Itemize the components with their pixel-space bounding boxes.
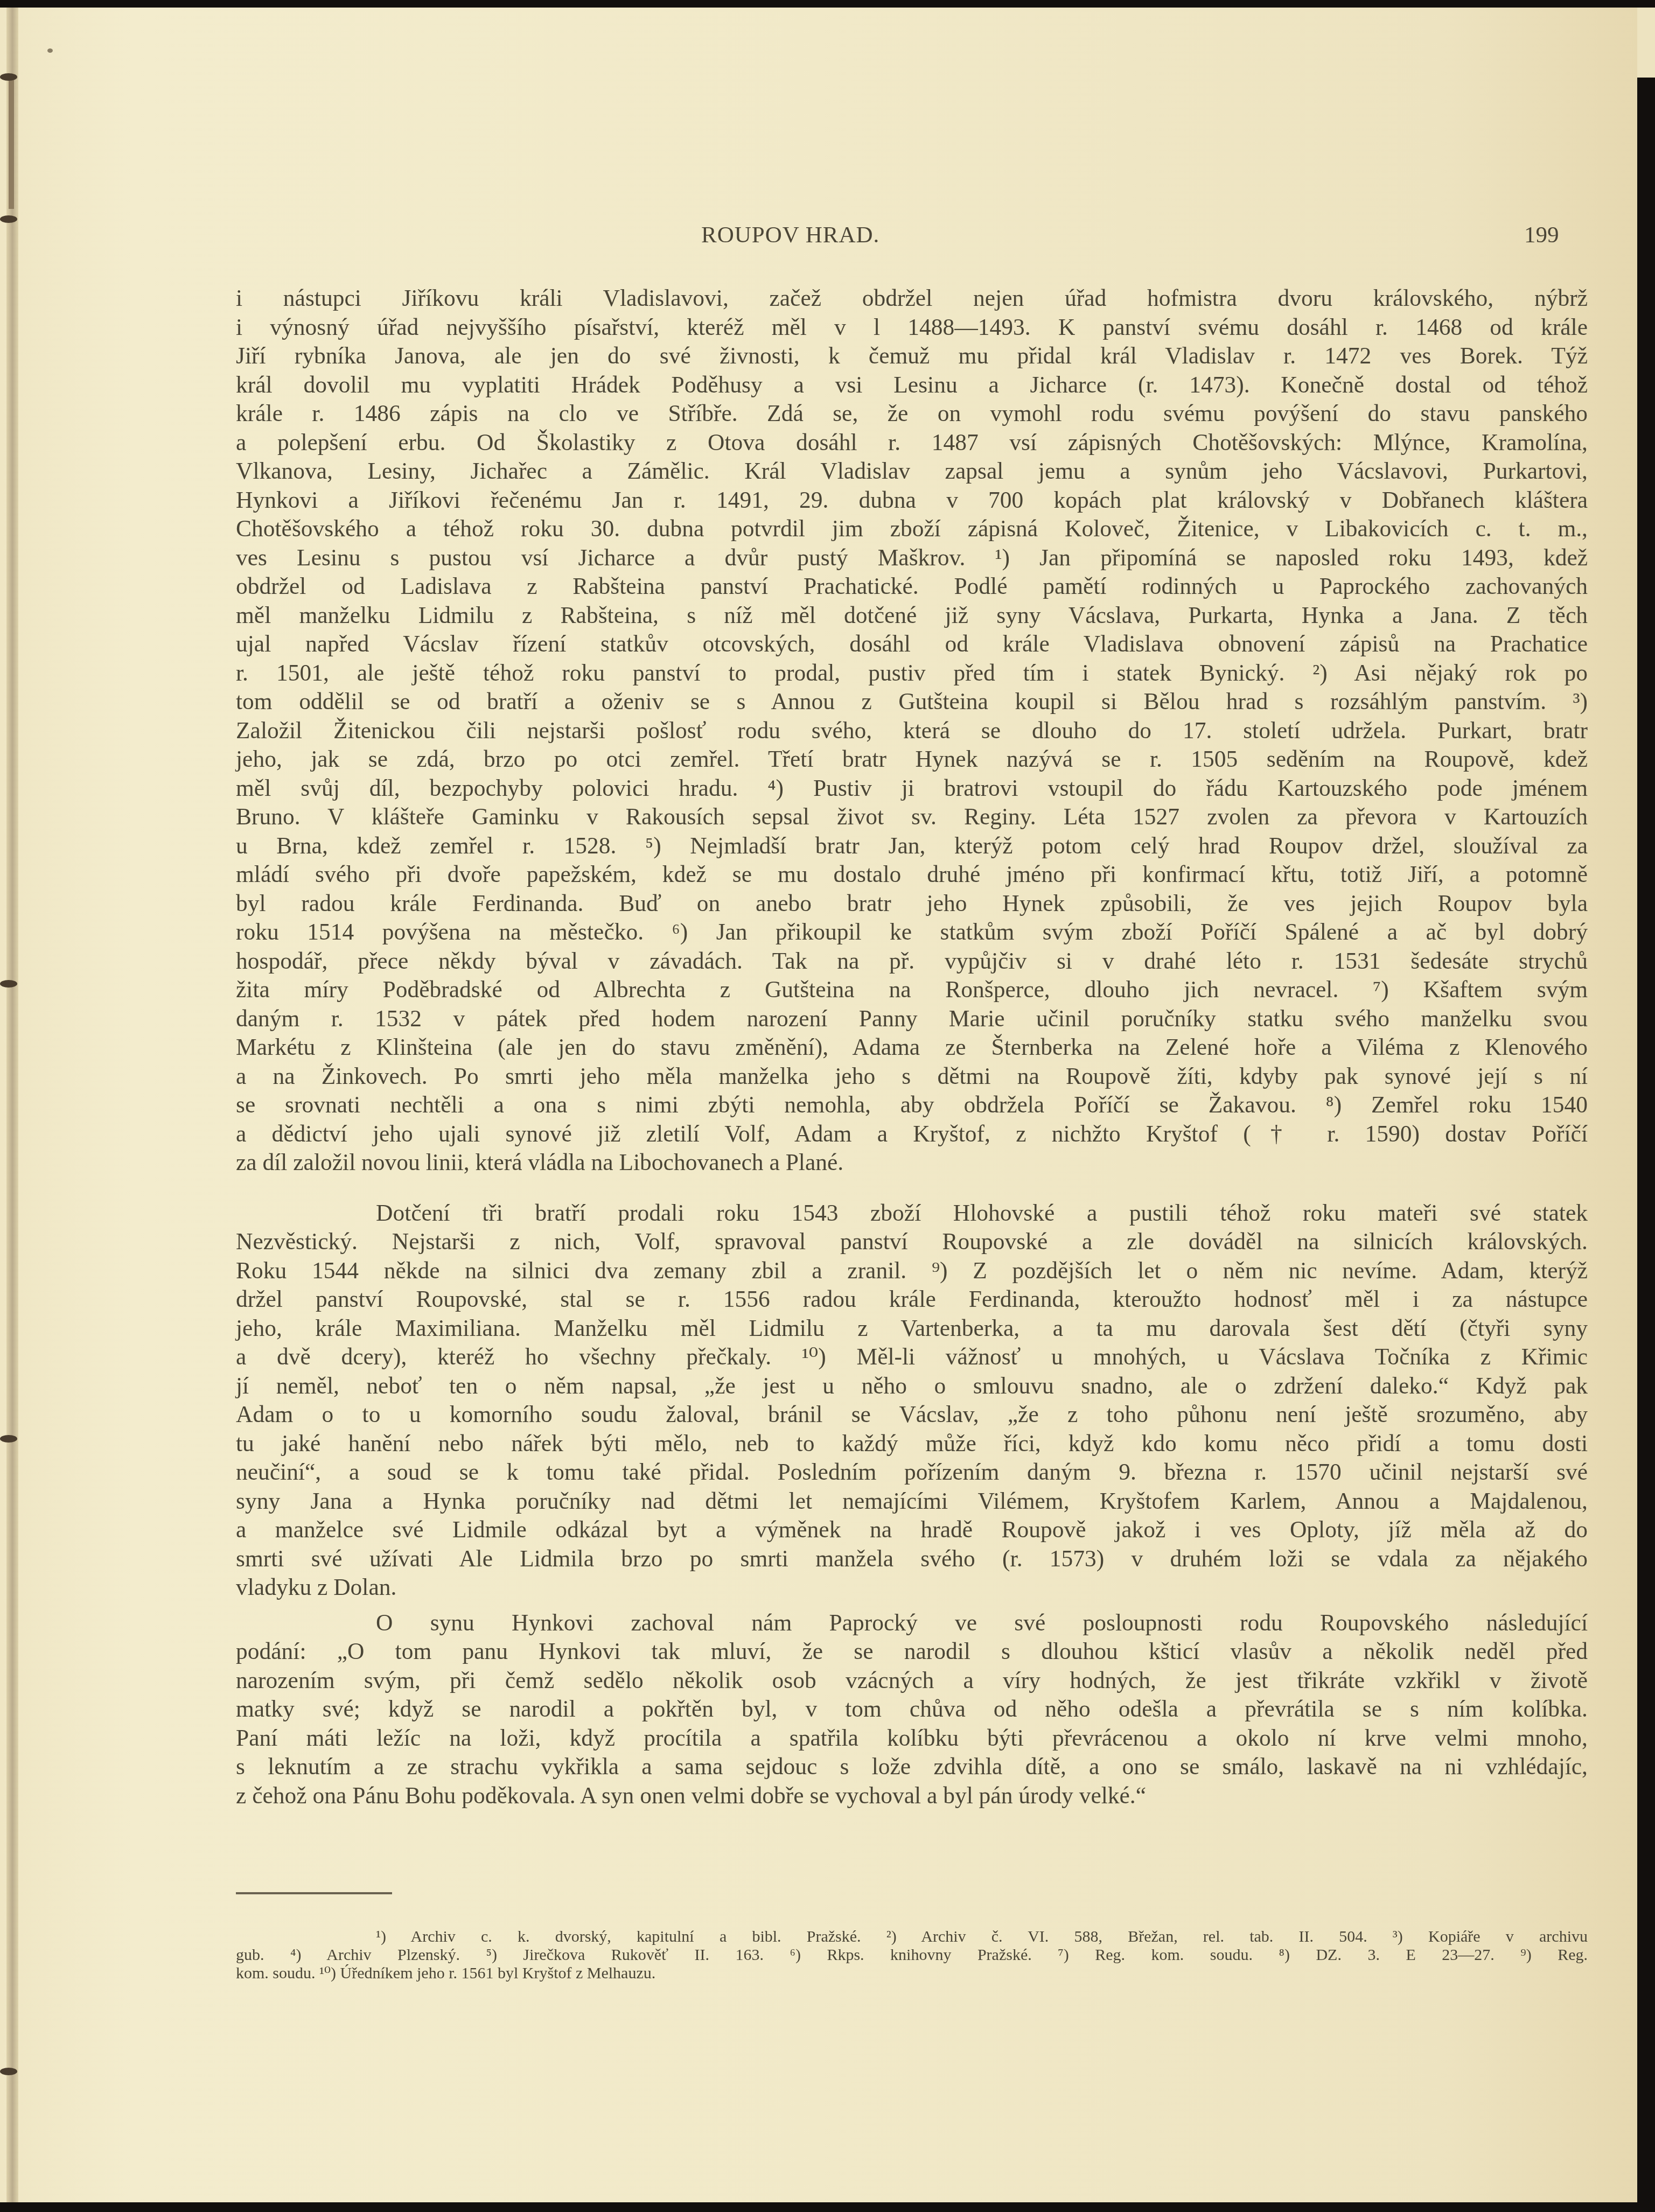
text-line: jí neměl, neboť ten o něm napsal, „že je… (236, 1372, 1588, 1401)
paragraph-start-line: O synu Hynkovi zachoval nám Paprocký ve … (236, 1609, 1588, 1638)
text-line: Vlkanova, Lesiny, Jichařec a Zámělic. Kr… (236, 457, 1588, 486)
text-line: Bruno. V klášteře Gaminku v Rakousích se… (236, 803, 1588, 832)
text-line: a polepšení erbu. Od Školastiky z Otova … (236, 429, 1588, 458)
footnote-line: kom. soudu. ¹⁰) Úředníkem jeho r. 1561 b… (236, 1964, 1588, 1983)
text-line: narozením svým, při čemž sedělo několik … (236, 1667, 1588, 1696)
text-line: daným r. 1532 v pátek před hodem narozen… (236, 1005, 1588, 1034)
binding-thread-mark (0, 73, 17, 81)
text-line: držel panství Roupovské, stal se r. 1556… (236, 1285, 1588, 1314)
text-line: tu jaké hanění nebo nářek býti mělo, neb… (236, 1430, 1588, 1459)
paragraph-gap (236, 1178, 1588, 1199)
text-line: ves Lesinu s pustou vsí Jicharce a dvůr … (236, 544, 1588, 573)
text-line: mládí svého při dvoře papežském, kdež se… (236, 860, 1588, 890)
binding-thread-mark (0, 1435, 17, 1443)
binding-thread-mark (0, 980, 17, 988)
text-line: Markétu z Klinšteina (ale jen do stavu z… (236, 1033, 1588, 1062)
text-line: z čehož ona Pánu Bohu poděkovala. A syn … (236, 1782, 1588, 1811)
text-line: měl manželku Lidmilu z Rabšteina, s níž … (236, 601, 1588, 631)
page-number: 199 (1524, 222, 1559, 248)
text-line: Nezvěstický. Nejstarši z nich, Volf, spr… (236, 1228, 1588, 1257)
text-line: Hynkovi a Jiříkovi řečenému Jan r. 1491,… (236, 486, 1588, 515)
text-line: u Brna, kdež zemřel r. 1528. ⁵) Nejmladš… (236, 832, 1588, 861)
text-line: Založil Žitenickou čili nejstarši pošlos… (236, 717, 1588, 746)
paragraph-gap (236, 1602, 1588, 1609)
text-line: žita míry Poděbradské od Albrechta z Gut… (236, 976, 1588, 1005)
binding-thread-mark (0, 215, 17, 223)
text-line: hospodář, přece někdy býval v závadách. … (236, 947, 1588, 976)
footnote-line: ¹) Archiv c. k. dvorský, kapitulní a bib… (236, 1928, 1588, 1946)
text-line: i výnosný úřad nejvyššího písařství, kte… (236, 313, 1588, 342)
text-line: a na Žinkovech. Po smrti jeho měla manže… (236, 1062, 1588, 1091)
text-line: Roku 1544 někde na silnici dva zemany zb… (236, 1257, 1588, 1286)
book-spine-shadow (6, 8, 18, 2202)
footnote-separator (236, 1892, 392, 1894)
text-line: obdržel od Ladislava z Rabšteina panství… (236, 572, 1588, 601)
text-line: roku 1514 povýšena na městečko. ⁶) Jan p… (236, 918, 1588, 947)
text-line: se srovnati nechtěli a ona s nimi zbýti … (236, 1091, 1588, 1120)
text-line: s leknutím a ze strachu vykřikla a sama … (236, 1753, 1588, 1782)
running-title: ROUPOV HRAD. (701, 222, 879, 248)
page-edge-notch (1637, 8, 1655, 78)
text-line: a dvě dcery), kteréž ho všechny přečkaly… (236, 1343, 1588, 1372)
text-line: Chotěšovského a téhož roku 30. dubna pot… (236, 515, 1588, 544)
text-line: i nástupci Jiříkovu králi Vladislavovi, … (236, 284, 1588, 313)
text-line: a manželce své Lidmile odkázal byt a vým… (236, 1516, 1588, 1545)
text-line: a dědictví jeho ujali synové již zletilí… (236, 1120, 1588, 1149)
text-line: neučiní“, a soud se k tomu také přidal. … (236, 1458, 1588, 1487)
text-line: krále r. 1486 zápis na clo ve Stříbře. Z… (236, 400, 1588, 429)
paper-speck (47, 48, 53, 53)
text-line: jeho, krále Maximiliana. Manželku měl Li… (236, 1314, 1588, 1343)
footnotes: ¹) Archiv c. k. dvorský, kapitulní a bib… (236, 1928, 1588, 1983)
text-line: jeho, jak se zdá, brzo po otci zemřel. T… (236, 745, 1588, 774)
text-line: tom oddělil se od bratří a oženiv se s A… (236, 688, 1588, 717)
text-line: ujal napřed Vácslav řízení statkův otcov… (236, 630, 1588, 659)
text-line: Adam o to u komorního soudu žaloval, brá… (236, 1401, 1588, 1430)
binding-thread-mark (0, 2068, 17, 2075)
text-line: podání: „O tom panu Hynkovi tak mluví, ž… (236, 1637, 1588, 1667)
text-line: syny Jana a Hynka poručníky nad dětmi le… (236, 1487, 1588, 1516)
text-line: za díl založil novou linii, která vládla… (236, 1149, 1588, 1178)
page-header: ROUPOV HRAD. 199 (237, 222, 1626, 260)
text-line: král dovolil mu vyplatiti Hrádek Poděhus… (236, 371, 1588, 400)
text-line: smrti své užívati Ale Lidmila brzo po sm… (236, 1545, 1588, 1574)
text-line: vladyku z Dolan. (236, 1573, 1588, 1602)
paragraph-start-line: Dotčení tři bratří prodali roku 1543 zbo… (236, 1199, 1588, 1228)
text-line: měl svůj díl, bezpochyby polovici hradu.… (236, 774, 1588, 803)
text-line: Paní máti ležíc na loži, když procítila … (236, 1724, 1588, 1753)
binding-strip (9, 80, 14, 209)
body-text: i nástupci Jiříkovu králi Vladislavovi, … (236, 284, 1588, 1810)
text-line: byl radou krále Ferdinanda. Buď on anebo… (236, 890, 1588, 919)
footnote-line: gub. ⁴) Archiv Plzenský. ⁵) Jirečkova Ru… (236, 1946, 1588, 1964)
text-line: Jiří rybníka Janova, ale jen do své živn… (236, 342, 1588, 371)
text-line: matky své; když se narodil a pokřtěn byl… (236, 1695, 1588, 1724)
text-line: r. 1501, ale ještě téhož roku panství to… (236, 659, 1588, 688)
